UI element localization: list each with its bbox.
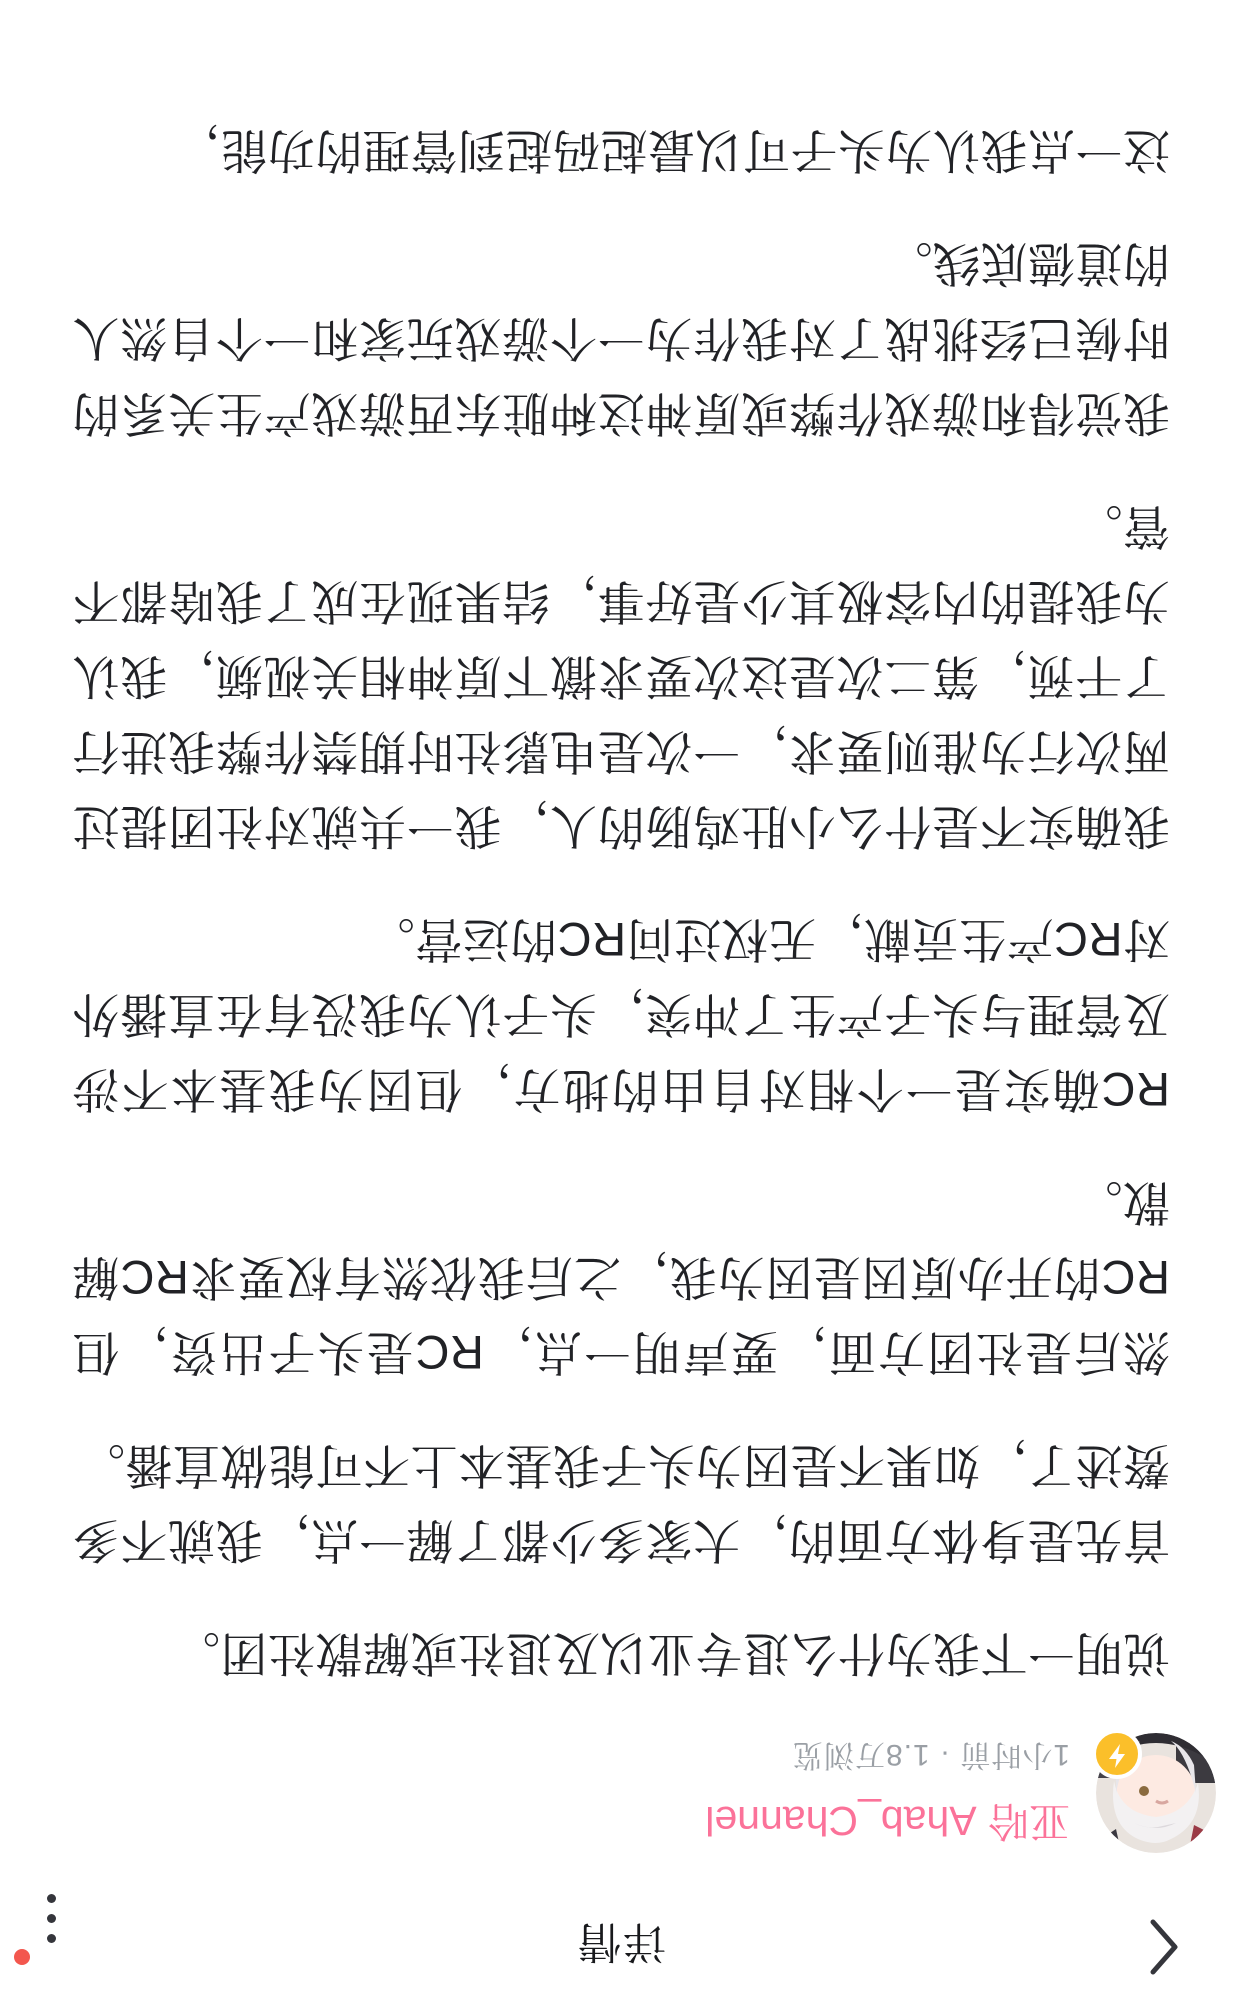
paragraph: 我确实不是什么小肚鸡肠的人，我一共就对社团提过两次行为准则要求，一次是电影社时期… — [72, 489, 1170, 864]
navbar: 详情 — [0, 1895, 1242, 1995]
user-row: 亚哈 Ahab_Channel 1小时前 · 1.8万浏览 — [0, 1733, 1242, 1895]
menu-button[interactable] — [16, 1887, 62, 1953]
back-button[interactable] — [1144, 1915, 1184, 1975]
post-meta: 1小时前 · 1.8万浏览 — [705, 1736, 1070, 1780]
paragraph: 这一点我认为头子可以最起码起到管理的功能， — [72, 113, 1170, 188]
avatar-badge — [1092, 1729, 1142, 1779]
post-body: 说明一下我为什么退专业以及退社或解散社团。首先是身体方面的，大家多少都了解一点，… — [0, 113, 1242, 1733]
lightning-icon — [1106, 1739, 1128, 1770]
username[interactable]: 亚哈 Ahab_Channel — [705, 1798, 1070, 1843]
paragraph: 首先是身体方面的，大家多少都了解一点，我就不多赘述了，如果不是因为头子我基本上不… — [72, 1428, 1170, 1578]
avatar[interactable] — [1096, 1733, 1216, 1853]
paragraph: RC确实是一个相对自由的地方，但因为我基本不涉及管理与头子产生了冲突，头子认为我… — [72, 902, 1170, 1127]
screenshot-viewport: 详情 — [0, 0, 1242, 1995]
chevron-left-icon — [1147, 1914, 1181, 1977]
paragraph: 然后是社团方面，要声明一点，RC是头子出资，但RC的开办原因是因为我，之后我依然… — [72, 1165, 1170, 1390]
paragraph: 说明一下我为什么退专业以及退社或解散社团。 — [72, 1616, 1170, 1691]
paragraph: 我觉得和游戏作弊或原神这种脏东西游戏产生关系的时候已经挑战了对我作为一个游戏玩家… — [72, 226, 1170, 451]
user-info: 亚哈 Ahab_Channel 1小时前 · 1.8万浏览 — [705, 1736, 1070, 1853]
page-title: 详情 — [576, 1915, 666, 1976]
app-screen: 详情 — [0, 0, 1242, 1995]
kebab-menu-icon — [47, 1894, 56, 1943]
notification-dot — [14, 1949, 30, 1965]
